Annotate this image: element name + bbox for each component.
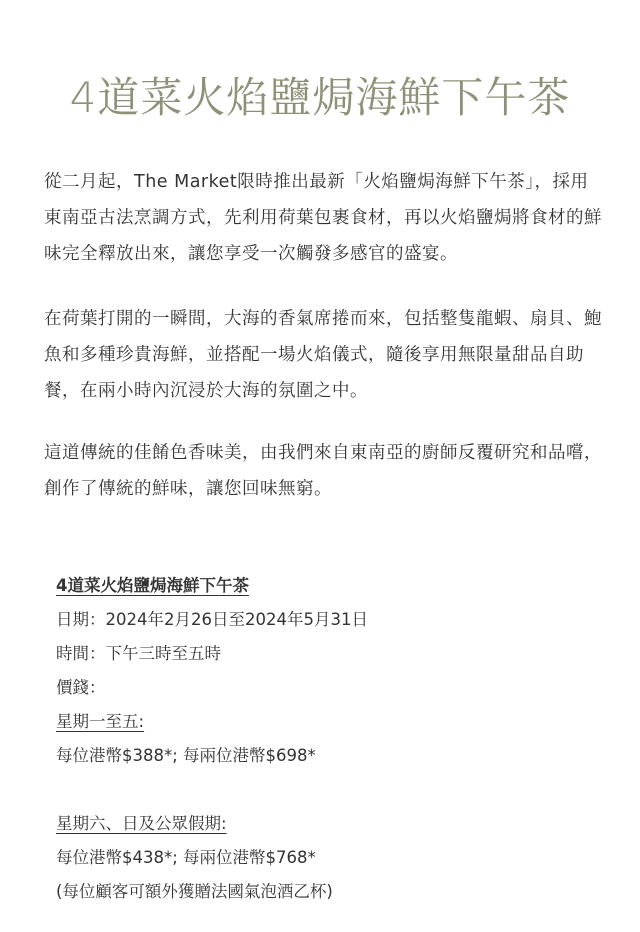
weekday-price: 每位港幣$388*; 每兩位港幣$698* bbox=[56, 739, 616, 773]
event-details: 4道菜火焰鹽焗海鮮下午茶 日期：2024年2月26日至2024年5月31日 時間… bbox=[56, 569, 616, 909]
intro-paragraph: 從二月起，The Market限時推出最新「火焰鹽焗海鮮下午茶」，採用東南亞古法… bbox=[44, 164, 604, 272]
page-title: 4道菜火焰鹽焗海鮮下午茶 bbox=[0, 68, 640, 128]
chef-paragraph: 這道傳統的佳餚色香味美，由我們來自東南亞的廚師反覆研究和品嚐，創作了傳統的鮮味，… bbox=[44, 435, 604, 507]
weekend-label: 星期六、日及公眾假期: bbox=[56, 807, 616, 841]
sparkling-wine-note: (每位顧客可額外獲贈法國氣泡酒乙杯) bbox=[56, 875, 616, 909]
spacer bbox=[56, 773, 616, 807]
weekend-price: 每位港幣$438*; 每兩位港幣$768* bbox=[56, 841, 616, 875]
details-heading: 4道菜火焰鹽焗海鮮下午茶 bbox=[56, 569, 616, 603]
price-label: 價錢： bbox=[56, 671, 616, 705]
event-time: 時間：下午三時至五時 bbox=[56, 637, 616, 671]
event-date: 日期：2024年2月26日至2024年5月31日 bbox=[56, 603, 616, 637]
description-paragraph: 在荷葉打開的一瞬間，大海的香氣席捲而來，包括整隻龍蝦、扇貝、鮑魚和多種珍貴海鮮，… bbox=[44, 301, 604, 409]
weekday-label: 星期一至五: bbox=[56, 705, 616, 739]
